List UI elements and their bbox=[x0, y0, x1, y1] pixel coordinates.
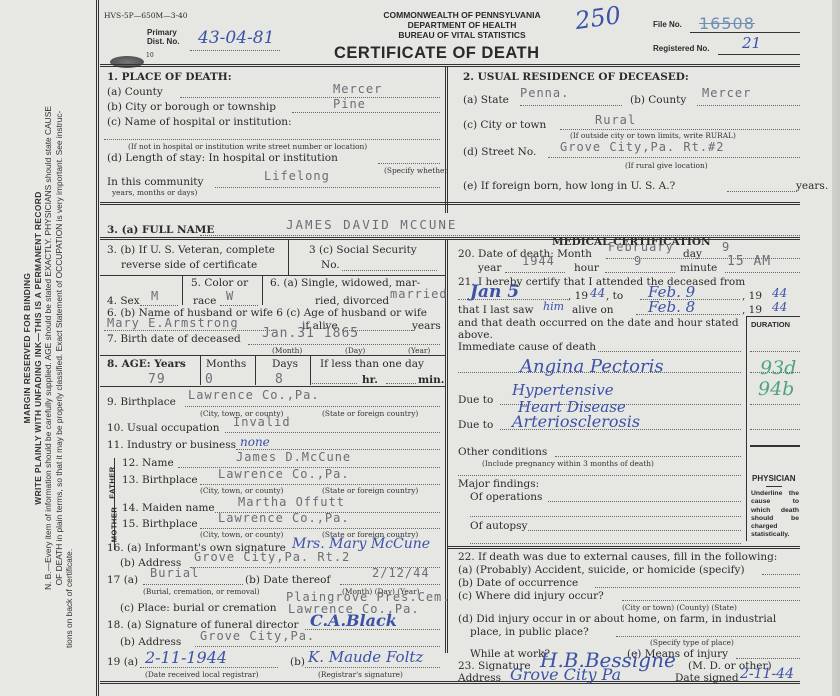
mother-birthplace-value: Lawrence Co.,Pa. bbox=[218, 511, 350, 525]
father-birthplace-label: 13. Birthplace bbox=[122, 474, 198, 486]
binding-margin: MARGIN RESERVED FOR BINDING WRITE PLAINL… bbox=[0, 0, 95, 696]
spouse-line bbox=[104, 330, 274, 331]
dist-no-line bbox=[190, 50, 280, 51]
divider-age-row bbox=[100, 355, 445, 356]
spouse-years-label: years bbox=[412, 320, 441, 332]
divider-sex-row bbox=[100, 275, 445, 276]
margin-reserved-text: MARGIN RESERVED FOR BINDING bbox=[22, 8, 33, 688]
form-code: HVS-5P—650M—3-40 bbox=[104, 11, 188, 20]
father-birthplace-value: Lawrence Co.,Pa. bbox=[218, 467, 350, 481]
mother-birthplace-label: 15. Birthplace bbox=[122, 518, 198, 530]
res-city-line bbox=[560, 129, 800, 130]
race-value: W bbox=[226, 289, 234, 303]
res-street-label: (d) Street No. bbox=[463, 146, 536, 158]
immediate-cause-line-1 bbox=[598, 351, 741, 352]
full-name-label: 3. (a) FULL NAME bbox=[107, 224, 214, 236]
statement-line-1: and that death occurred on the date and … bbox=[458, 317, 739, 329]
pod-city-line bbox=[292, 112, 440, 113]
pod-county-label: (a) County bbox=[107, 86, 163, 98]
industry-label: 11. Industry or business bbox=[107, 439, 236, 451]
last-saw-year-label: , 19 bbox=[742, 304, 762, 316]
divider-sex-color bbox=[182, 275, 183, 305]
birthplace-label: 9. Birthplace bbox=[107, 396, 176, 408]
attended-from-value: Jan 5 bbox=[470, 282, 519, 302]
immediate-cause-label: Immediate cause of death bbox=[458, 341, 596, 353]
due-to-label-2: Due to bbox=[458, 419, 493, 431]
birthplace-line bbox=[185, 406, 440, 407]
age-years-value: 79 bbox=[148, 372, 166, 387]
duration-line-1 bbox=[750, 351, 800, 352]
res-city-note: (If outside city or town limits, write R… bbox=[570, 131, 736, 140]
race-label: race bbox=[193, 295, 216, 307]
birth-month-note: (Month) bbox=[272, 346, 302, 355]
pod-community-value: Lifelong bbox=[264, 169, 330, 183]
veteran-label-2: reverse side of certificate bbox=[121, 259, 257, 271]
res-street-note: (If rural give location) bbox=[625, 161, 708, 170]
external-divider bbox=[448, 546, 800, 549]
physician-note: Underline the cause to which death shoul… bbox=[751, 490, 799, 540]
operations-line bbox=[548, 501, 741, 502]
res-county-line bbox=[697, 105, 800, 106]
duration-line-5 bbox=[750, 445, 800, 447]
death-hour-line bbox=[605, 272, 675, 273]
less-than-day-label: If less than one day bbox=[320, 358, 424, 370]
full-name-value: JAMES DAVID MCCUNE bbox=[286, 217, 457, 232]
operations-line-2 bbox=[470, 516, 741, 517]
industry-value: none bbox=[240, 435, 270, 449]
birthplace-value: Lawrence Co.,Pa. bbox=[188, 388, 320, 402]
autopsy-line-2 bbox=[470, 543, 741, 544]
death-minute-line bbox=[725, 272, 800, 273]
file-no-value: 16508 bbox=[699, 14, 755, 33]
sex-line bbox=[140, 305, 178, 306]
registered-no-line bbox=[718, 54, 800, 55]
burial-date-value: 2/12/44 bbox=[372, 566, 430, 580]
autopsy-line bbox=[528, 530, 741, 531]
attended-to-label: , to bbox=[606, 290, 623, 302]
birth-label: 7. Birth date of deceased bbox=[107, 333, 241, 345]
seal-number: 10 bbox=[146, 52, 154, 59]
race-line bbox=[220, 305, 258, 306]
certificate-title: CERTIFICATE OF DEATH bbox=[334, 44, 540, 63]
death-certificate: MARGIN RESERVED FOR BINDING WRITE PLAINL… bbox=[0, 0, 840, 696]
birthplace-state-note: (State or foreign country) bbox=[322, 409, 418, 418]
pod-hospital-label: (c) Name of hospital or institution: bbox=[107, 116, 292, 128]
last-saw-value: Feb. 8 bbox=[648, 298, 695, 316]
other-conditions-line-2 bbox=[458, 475, 741, 476]
external-a-label: (a) (Probably) Accident, suicide, or hom… bbox=[458, 564, 745, 576]
attended-from-year-value: 44 bbox=[590, 286, 605, 300]
burial-method-value: Burial bbox=[150, 566, 199, 580]
age-years-label: 8. AGE: Years bbox=[107, 358, 186, 370]
registrar-19b-label: (b) bbox=[290, 656, 305, 668]
father-state-note: (State or foreign country) bbox=[322, 486, 418, 495]
file-no-label: File No. bbox=[653, 20, 682, 29]
min-label: min. bbox=[418, 374, 444, 386]
physician-address-value: Grove City Pa bbox=[510, 665, 621, 684]
nb-text-3: tions on back of certificate. bbox=[64, 8, 75, 688]
funeral-address-value: Grove City,Pa. bbox=[200, 629, 315, 643]
burial-date-label: (b) Date thereof bbox=[245, 574, 330, 586]
registrar-signature-note: (Registrar's signature) bbox=[318, 670, 403, 679]
physician-address-label: Address bbox=[458, 672, 501, 684]
divider-days-less bbox=[310, 355, 311, 385]
min-line bbox=[386, 383, 416, 384]
place-of-death-heading: 1. PLACE OF DEATH: bbox=[107, 71, 232, 83]
burial-method-line bbox=[143, 584, 243, 585]
marital-value: married bbox=[390, 287, 448, 301]
other-conditions-line bbox=[555, 456, 741, 457]
date-signed-label: Date signed bbox=[675, 672, 739, 684]
primary-label: Primary bbox=[147, 28, 177, 37]
received-date-note: (Date received local registrar) bbox=[145, 670, 259, 679]
death-hour-label: hour bbox=[574, 262, 599, 274]
duration-box-top bbox=[747, 316, 800, 317]
occupation-label: 10. Usual occupation bbox=[107, 422, 219, 434]
pod-county-value: Mercer bbox=[333, 82, 382, 96]
external-d-line bbox=[616, 636, 800, 637]
duration-line-4 bbox=[750, 429, 800, 430]
mother-city-note: (City, town, or county) bbox=[200, 530, 283, 539]
attended-to-year-value: 44 bbox=[772, 286, 787, 300]
duration-heading: DURATION bbox=[751, 320, 790, 329]
age-months-value: 0 bbox=[205, 372, 214, 387]
res-state-line bbox=[520, 105, 622, 106]
age-days-value: 8 bbox=[275, 372, 284, 387]
color-label: 5. Color or bbox=[191, 277, 248, 289]
pod-city-value: Pine bbox=[333, 97, 366, 111]
death-minute-label: minute bbox=[680, 262, 717, 274]
residence-heading: 2. USUAL RESIDENCE OF DECEASED: bbox=[463, 71, 689, 83]
duration-code-2: 94b bbox=[758, 378, 794, 400]
last-saw-label: that I last saw bbox=[458, 304, 533, 316]
father-city-note: (City, town, or county) bbox=[200, 486, 283, 495]
burial-method-note: (Burial, cremation, or removal) bbox=[143, 587, 260, 596]
pod-hospital-note: (If not in hospital or institution write… bbox=[128, 142, 367, 151]
res-county-label: (b) County bbox=[630, 94, 686, 106]
mother-name-value: Martha Offutt bbox=[238, 495, 345, 509]
external-c-line bbox=[622, 600, 800, 601]
pod-community-label: In this community bbox=[107, 176, 203, 188]
death-month-value: February bbox=[608, 240, 674, 254]
external-c-label: (c) Where did injury occur? bbox=[458, 590, 604, 602]
registered-no-value: 21 bbox=[742, 34, 761, 52]
last-saw-pronoun: him bbox=[543, 300, 564, 313]
received-date-line bbox=[140, 667, 278, 668]
death-year-value: 1944 bbox=[522, 254, 555, 268]
sex-label: 4. Sex bbox=[107, 295, 140, 307]
sex-value: M bbox=[151, 289, 159, 303]
mother-name-label: 14. Maiden name bbox=[122, 502, 215, 514]
nb-text-2: OF DEATH in plain terms, so that it may … bbox=[53, 8, 64, 688]
registered-no-label: Registered No. bbox=[653, 44, 709, 53]
external-c-note: (City or town) (County) (State) bbox=[622, 603, 737, 612]
mother-birthplace-line bbox=[200, 528, 440, 529]
section-divider-1-2 bbox=[445, 67, 448, 213]
res-foreign-label: (e) If foreign born, how long in U. S. A… bbox=[463, 180, 675, 192]
res-county-value: Mercer bbox=[702, 86, 751, 100]
dist-no-value: 43-04-81 bbox=[198, 28, 274, 48]
operations-label: Of operations bbox=[470, 491, 542, 503]
registrar-signature-line bbox=[305, 667, 440, 668]
external-b-label: (b) Date of occurrence bbox=[458, 577, 578, 589]
agency-line-3: BUREAU OF VITAL STATISTICS bbox=[362, 30, 562, 40]
pod-city-label: (b) City or borough or township bbox=[107, 101, 276, 113]
res-street-line bbox=[548, 157, 800, 158]
physician-rule bbox=[766, 486, 782, 487]
death-year-label: year bbox=[478, 262, 501, 274]
death-day-value: 9 bbox=[722, 240, 730, 254]
immediate-cause-value: Angina Pectoris bbox=[520, 356, 664, 377]
birth-year-note: (Year) bbox=[408, 346, 430, 355]
burial-date-line bbox=[340, 584, 440, 585]
death-day-label: day bbox=[683, 248, 702, 260]
father-tag: FATHER bbox=[108, 466, 117, 498]
external-d-label-1: (d) Did injury occur in or about home, o… bbox=[458, 613, 776, 625]
registrar-signature-value: K. Maude Foltz bbox=[308, 648, 423, 666]
alive-on-label: alive on bbox=[572, 304, 614, 316]
res-street-value: Grove City,Pa. Rt.#2 bbox=[560, 140, 725, 154]
last-saw-year-value: 44 bbox=[772, 300, 787, 314]
father-birthplace-line bbox=[200, 484, 440, 485]
informant-address-value: Grove City,Pa. Rt.2 bbox=[194, 550, 350, 564]
duration-line-3 bbox=[750, 404, 800, 405]
external-d-note: (Specify type of place) bbox=[650, 638, 734, 647]
external-heading: 22. If death was due to external causes,… bbox=[458, 551, 777, 563]
nb-text-1: N. B.—Every item of information should b… bbox=[43, 8, 54, 688]
dist-no-label: Dist. No. bbox=[147, 37, 179, 46]
ssn-line bbox=[342, 270, 437, 271]
death-hour-value: 9 bbox=[634, 254, 642, 268]
hr-line bbox=[312, 383, 357, 384]
divider-months-days bbox=[255, 355, 256, 385]
spouse-value: Mary E.Armstrong bbox=[107, 316, 239, 330]
pod-hospital-line bbox=[104, 139, 440, 140]
res-foreign-unit: years. bbox=[796, 180, 828, 192]
while-at-work-label: While at work? bbox=[470, 648, 550, 660]
burial-place-label: (c) Place: burial or cremation bbox=[120, 602, 277, 614]
margin-instructions: MARGIN RESERVED FOR BINDING WRITE PLAINL… bbox=[22, 8, 75, 688]
funeral-address-line bbox=[195, 646, 440, 647]
write-plainly-text: WRITE PLAINLY WITH UNFADING INK—THIS IS … bbox=[32, 8, 43, 688]
received-date-value: 2-11-1944 bbox=[145, 648, 227, 667]
file-no-line bbox=[690, 32, 800, 33]
statement-line-2: above. bbox=[458, 329, 493, 341]
res-foreign-line bbox=[727, 191, 797, 192]
due-to-value-2: Arteriosclerosis bbox=[512, 412, 640, 431]
scan-edge bbox=[832, 0, 840, 696]
divorced-label: ried, divorced bbox=[315, 295, 389, 307]
registrar-19a-label: 19 (a) bbox=[107, 656, 138, 668]
divider-veteran-ssn bbox=[288, 240, 289, 275]
birth-day-note: (Day) bbox=[345, 346, 365, 355]
father-name-value: James D.McCune bbox=[236, 450, 351, 464]
divider-birthplace-row bbox=[100, 386, 445, 387]
other-conditions-note: (Include pregnancy within 3 months of de… bbox=[482, 459, 654, 468]
pod-units-note: years, months or days) bbox=[112, 188, 197, 197]
pod-stay-line bbox=[378, 163, 440, 164]
attended-to-year-label: , 19 bbox=[742, 290, 762, 302]
due-to-label-1: Due to bbox=[458, 394, 493, 406]
res-state-label: (a) State bbox=[463, 94, 509, 106]
duration-code-1: 93d bbox=[760, 357, 796, 379]
res-state-value: Penna. bbox=[520, 86, 569, 100]
date-signed-value: 2-11-44 bbox=[740, 666, 794, 682]
divider-color-marital bbox=[262, 275, 263, 305]
father-name-label: 12. Name bbox=[122, 457, 174, 469]
pod-county-line bbox=[180, 97, 440, 98]
agency-line-1: COMMONWEALTH OF PENNSYLVANIA bbox=[362, 10, 562, 20]
funeral-address-label: (b) Address bbox=[120, 636, 181, 648]
res-city-value: Rural bbox=[595, 113, 636, 127]
veteran-label-1: 3. (b) If U. S. Veteran, complete bbox=[107, 244, 275, 256]
ssn-label-2: No. bbox=[321, 259, 340, 271]
external-a-line bbox=[762, 574, 800, 575]
divider-years-months bbox=[200, 355, 201, 385]
duration-column-divider bbox=[746, 316, 747, 541]
attended-from-year-label: , 19 bbox=[568, 290, 588, 302]
death-year-line bbox=[505, 272, 565, 273]
funeral-director-value: C.A.Black bbox=[310, 611, 397, 630]
occupation-line bbox=[225, 432, 440, 433]
physician-heading: PHYSICIAN bbox=[752, 474, 796, 483]
burial-17a-label: 17 (a) bbox=[107, 574, 138, 586]
age-months-label: Months bbox=[206, 358, 246, 370]
pod-stay-label: (d) Length of stay: In hospital or insti… bbox=[107, 152, 338, 164]
autopsy-label: Of autopsy bbox=[470, 520, 527, 532]
birth-line bbox=[248, 344, 440, 345]
pod-specify-note: (Specify whether bbox=[384, 166, 448, 175]
birth-value: Jan.31 1865 bbox=[262, 326, 359, 341]
other-conditions-label: Other conditions bbox=[458, 446, 547, 458]
major-findings-label: Major findings: bbox=[458, 478, 539, 490]
agency-line-2: DEPARTMENT OF HEALTH bbox=[362, 20, 562, 30]
due-to-value-1: Hypertensive bbox=[512, 381, 614, 399]
header-divider bbox=[100, 64, 800, 67]
pod-community-line bbox=[215, 187, 440, 188]
occupation-value: Invalid bbox=[233, 415, 291, 429]
section-divider-name bbox=[100, 202, 800, 205]
external-d-label-2: place, in public place? bbox=[470, 626, 589, 638]
age-days-label: Days bbox=[272, 358, 298, 370]
mother-tag: MOTHER bbox=[109, 507, 118, 543]
death-minute-value: 15 AM bbox=[727, 254, 771, 269]
external-b-line bbox=[595, 587, 800, 588]
hr-label: hr. bbox=[362, 374, 378, 386]
means-of-injury-line bbox=[736, 658, 800, 659]
ssn-label-1: 3 (c) Social Security bbox=[309, 244, 417, 256]
res-city-label: (c) City or town bbox=[463, 119, 546, 131]
